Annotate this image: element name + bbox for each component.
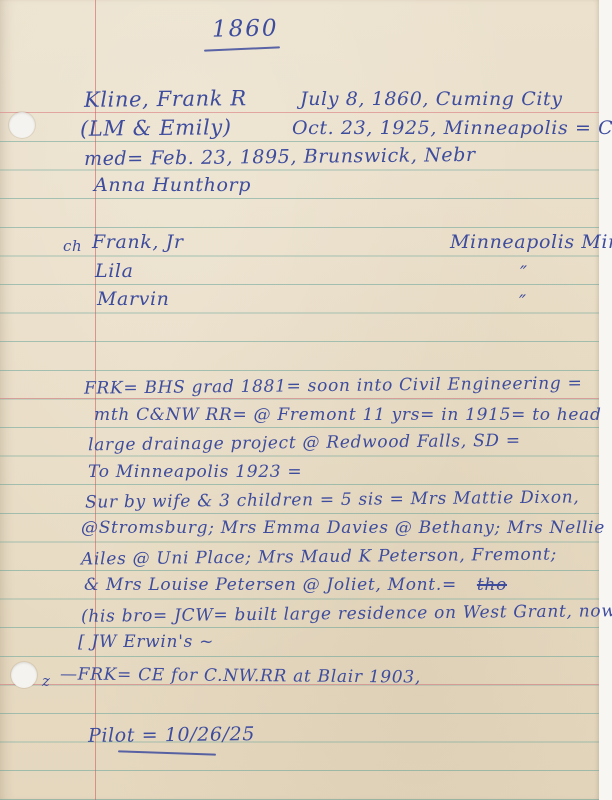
- child-name: Frank, Jr: [92, 231, 184, 253]
- pink-rule-line: [0, 112, 599, 113]
- child-name: Marvin: [97, 288, 170, 310]
- entry-parents: (LM & Emily): [80, 115, 232, 141]
- entry-name: Kline, Frank R: [84, 86, 247, 112]
- note-line: mth C&NW RR= @ Fremont 11 yrs= in 1915= …: [94, 405, 602, 425]
- child-name: Lila: [95, 260, 134, 282]
- note-line: & Mrs Louise Petersen @ Joliet, Mont.=th…: [84, 575, 507, 595]
- entry-marriage-line: med= Feb. 23, 1895, Brunswick, Nebr: [84, 144, 476, 170]
- note-line: To Minneapolis 1923 =: [88, 462, 302, 482]
- punch-hole-top: [9, 112, 35, 138]
- addendum-marker: z: [42, 672, 51, 690]
- addendum-text: —FRK= CE for C.NW.RR at Blair 1903,: [60, 664, 421, 687]
- child-place: Minneapolis Minn: [450, 231, 612, 253]
- entry-spouse-name: Anna Hunthorp: [94, 174, 251, 196]
- entry-death-date: Oct. 23, 1925, Minneapolis = CC: [292, 117, 612, 139]
- child-place: ″: [520, 262, 528, 284]
- struck-word: tho: [477, 575, 507, 595]
- page-title: 1860: [212, 15, 279, 42]
- child-place: ″: [519, 291, 527, 313]
- children-label: ch: [63, 237, 82, 255]
- entry-birth-date: July 8, 1860, Cuming City: [300, 88, 563, 110]
- note-line: @Stromsburg; Mrs Emma Davies @ Bethany; …: [81, 518, 605, 538]
- footer-source-line: Pilot = 10/26/25: [88, 723, 255, 747]
- punch-hole-bottom: [11, 662, 37, 688]
- scanned-notebook-page: 1860 Kline, Frank R July 8, 1860, Cuming…: [0, 0, 612, 800]
- note-line-text: & Mrs Louise Petersen @ Joliet, Mont.=: [84, 575, 457, 595]
- note-line: [ JW Erwin's ~: [78, 632, 214, 652]
